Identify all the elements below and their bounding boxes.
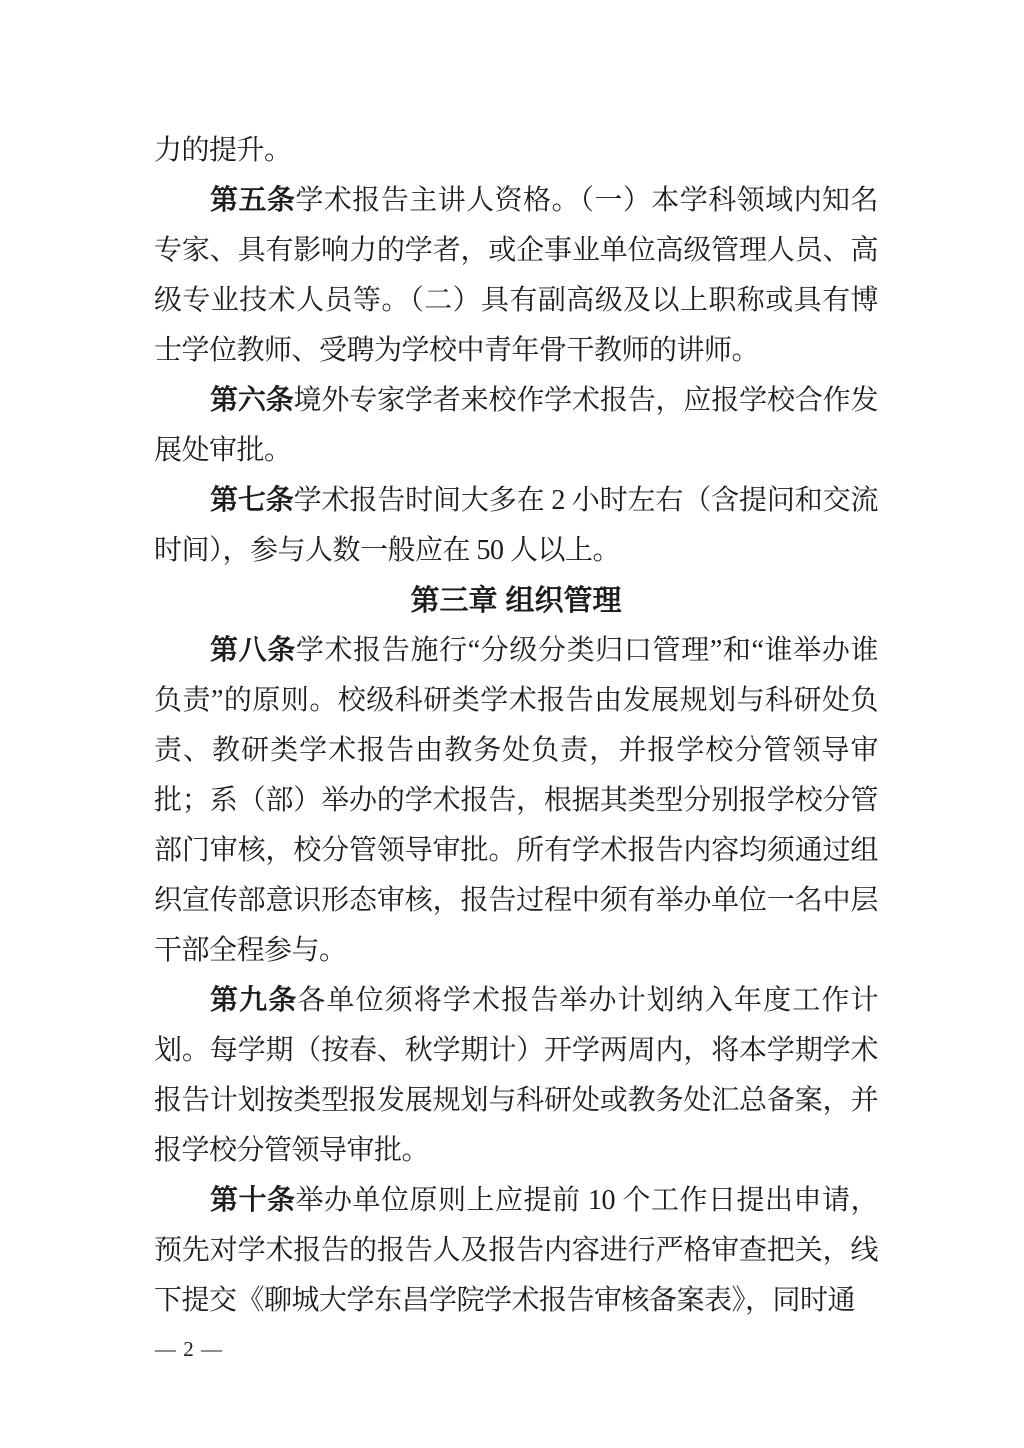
paragraph-article-9: 第九条各单位须将学术报告举办计划纳入年度工作计划。每学期（按春、秋学期计）开学两… bbox=[154, 976, 878, 1176]
article-6-label: 第六条 bbox=[210, 385, 294, 416]
paragraph-continuation: 力的提升。 bbox=[154, 126, 878, 176]
paragraph-article-10: 第十条举办单位原则上应提前 10 个工作日提出申请，预先对学术报告的报告人及报告… bbox=[154, 1176, 878, 1326]
article-8-label: 第八条 bbox=[210, 635, 296, 666]
article-10-label: 第十条 bbox=[210, 1185, 296, 1216]
paragraph-article-5: 第五条学术报告主讲人资格。（一）本学科领域内知名专家、具有影响力的学者，或企事业… bbox=[154, 176, 878, 376]
chapter-heading: 第三章 组织管理 bbox=[154, 576, 878, 626]
paragraph-article-6: 第六条境外专家学者来校作学术报告，应报学校合作发展处审批。 bbox=[154, 376, 878, 476]
article-8-text: 学术报告施行“分级分类归口管理”和“谁举办谁负责”的原则。校级科研类学术报告由发… bbox=[154, 635, 878, 966]
document-page: 力的提升。 第五条学术报告主讲人资格。（一）本学科领域内知名专家、具有影响力的学… bbox=[0, 0, 1024, 1448]
paragraph-article-7: 第七条学术报告时间大多在 2 小时左右（含提问和交流时间），参与人数一般应在 5… bbox=[154, 476, 878, 576]
paragraph-article-8: 第八条学术报告施行“分级分类归口管理”和“谁举办谁负责”的原则。校级科研类学术报… bbox=[154, 626, 878, 976]
document-body: 力的提升。 第五条学术报告主讲人资格。（一）本学科领域内知名专家、具有影响力的学… bbox=[154, 126, 878, 1326]
page-number: — 2 — bbox=[155, 1334, 223, 1364]
paragraph-continuation-text: 力的提升。 bbox=[154, 135, 292, 166]
article-9-label: 第九条 bbox=[210, 985, 297, 1016]
article-7-label: 第七条 bbox=[210, 485, 294, 516]
article-5-label: 第五条 bbox=[210, 185, 295, 216]
